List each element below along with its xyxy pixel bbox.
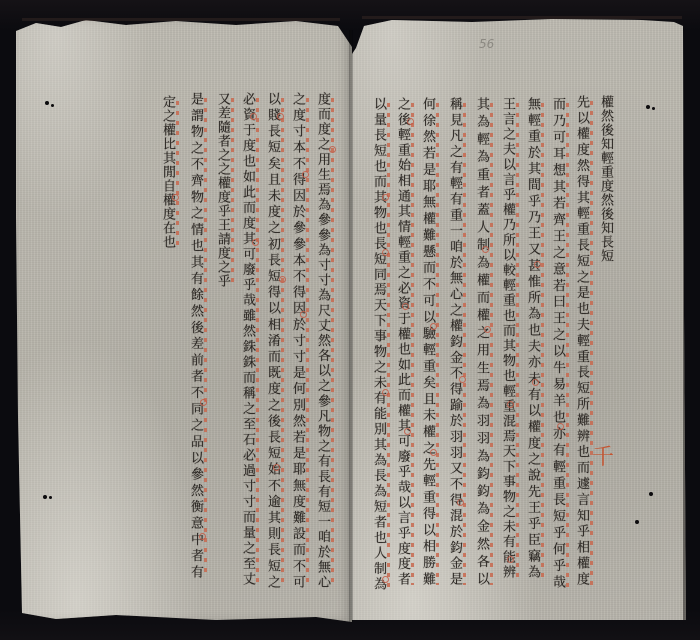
left-column-2: 之度寸本不得因於參參本不得因於寸寸是何別然若是耶無度難設而不可 <box>289 92 305 588</box>
right-column-2: 先以權度然得其輕重長短之是也夫輕重長短所難辨也而遽言知乎相權度 <box>573 95 589 585</box>
binding-hole <box>43 495 47 499</box>
red-circle-mark <box>279 276 286 283</box>
center-fold <box>349 30 353 622</box>
red-circle-mark <box>430 323 437 330</box>
red-circle-mark <box>484 326 491 333</box>
right-column-9: 之後輕重始相通其情輕重之必資于權也如此而權其可廢乎哉以言乎度度者 <box>394 97 410 585</box>
red-circle-mark <box>459 376 466 383</box>
left-page-top-edge <box>22 18 340 21</box>
binding-hole <box>635 520 639 524</box>
red-circle-mark <box>534 261 541 268</box>
red-circle-mark <box>507 556 514 563</box>
binding-hole <box>49 496 52 499</box>
red-circle-mark <box>430 449 437 456</box>
binding-hole <box>45 101 49 105</box>
red-circle-mark <box>382 194 389 201</box>
right-column-5: 王言之夫以言乎權乃所以較輕重也而其物也輕重混焉天下事物之未有能辨 <box>499 97 515 578</box>
pencil-folio-mark: 56 <box>479 37 494 51</box>
red-circle-mark <box>557 423 564 430</box>
red-circle-mark <box>507 401 514 408</box>
red-circle-mark <box>329 146 336 153</box>
red-circle-mark <box>382 249 389 256</box>
right-column-10: 以量長短也而其物也長短同焉天下事物之未有能別其為長為短者也人制為 <box>370 97 386 590</box>
red-circle-mark <box>382 576 389 583</box>
left-column-5: 又差隨者之之權度乎王請度之乎 <box>214 92 230 288</box>
red-marginal-mark: 千 <box>592 446 614 470</box>
red-circle-mark <box>172 194 179 201</box>
right-column-7: 稱見凡之有輕有重一咱於無心之權鈞金不得踰於羽羽又不得混於鈞金是 <box>446 97 462 585</box>
right-column-3: 而乃可耳想其若齊王之意若曰王之以牛易羊也亦有輕重長短乎何乎哉 <box>549 97 565 588</box>
left-column-7: 定之權比其閒自權度在也 <box>159 95 175 249</box>
red-circle-mark <box>382 389 389 396</box>
left-column-4: 必資于度也如此而度其可廢乎哉雖然銖銖而稱之至石必過寸寸而量之至丈 <box>239 92 255 585</box>
right-page-top-edge <box>362 16 682 19</box>
red-circle-mark <box>302 171 309 178</box>
right-column-4: 無輕重於其間乎乃王又甚惟所為也夫亦未有以權度之說先王乎臣竊為 <box>524 97 540 578</box>
red-circle-mark <box>457 499 464 506</box>
left-column-1: 度而度之用生焉為參參為寸寸為尺丈然各以之參凡物之有長有短一咱於無心 <box>314 92 330 588</box>
binding-hole <box>51 104 54 107</box>
red-circle-mark <box>199 533 206 540</box>
manuscript-scan: 56 權然後知輕重度然後知長短 先以權度然得其輕重長短之是也夫輕重長短所難辨也而… <box>0 0 700 640</box>
left-column-3: 以賤長短矣且未度之初長短得以相淆而既度之後長短始不逾其則長短之 <box>264 92 280 588</box>
right-column-8: 何徐然若是耶無權難懸而不可以驗輕重矣且未權之先輕重得以相勝難 <box>419 97 435 585</box>
red-circle-mark <box>300 311 307 318</box>
red-circle-mark <box>482 246 489 253</box>
red-circle-mark <box>252 239 259 246</box>
right-column-6: 其為輕為重者蓋人制為權而權之用生焉為羽羽為鈞鈞為金然各以 <box>473 97 489 585</box>
red-circle-mark <box>277 113 284 120</box>
binding-hole <box>649 492 653 496</box>
red-circle-mark <box>250 113 257 120</box>
red-circle-mark <box>273 464 280 471</box>
left-column-6: 是謂物之不齊物之情也其有餘然後差前者不同之品以參然衡意中者有 <box>187 92 203 578</box>
binding-hole <box>646 105 650 109</box>
binding-hole <box>652 107 655 110</box>
right-column-1: 權然後知輕重度然後知長短 <box>597 95 613 263</box>
red-circle-mark <box>407 118 414 125</box>
red-circle-mark <box>402 303 409 310</box>
red-circle-mark <box>200 399 207 406</box>
red-circle-mark <box>532 379 539 386</box>
red-circle-mark <box>404 428 411 435</box>
